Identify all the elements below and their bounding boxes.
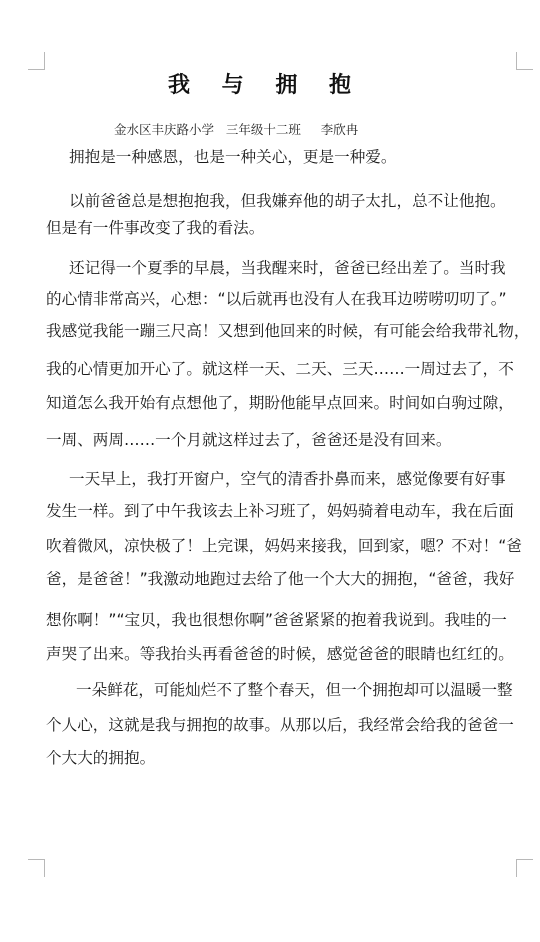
essay-text-line: 我感觉我能一蹦三尺高！又想到他回来的时候，有可能会给我带礼物， bbox=[46, 321, 529, 341]
essay-text-line: 知道怎么我开始有点想他了，期盼他能早点回来。时间如白驹过隙， bbox=[46, 393, 514, 413]
essay-title: 我 与 拥 抱 bbox=[168, 72, 318, 100]
document-page: 我 与 拥 抱 金水区丰庆路小学 三年级十二班 李欣冉 拥抱是一种感恩，也是一种… bbox=[0, 0, 540, 942]
essay-text-line: 一朵鲜花，可能灿烂不了整个春天，但一个拥抱却可以温暖一整 bbox=[76, 680, 513, 700]
essay-text-line: 一周、两周……一个月就这样过去了，爸爸还是没有回来。 bbox=[46, 430, 451, 450]
essay-text-line: 以前爸爸总是想抱抱我，但我嫌弃他的胡子太扎，总不让他抱。 bbox=[69, 191, 506, 211]
essay-text-line: 我的心情更加开心了。就这样一天、二天、三天……一周过去了，不 bbox=[46, 359, 514, 379]
essay-text-line: 还记得一个夏季的早晨，当我醒来时，爸爸已经出差了。当时我 bbox=[69, 258, 506, 278]
essay-text-line: 的心情非常高兴，心想：“以后就再也没有人在我耳边唠唠叨叨了。” bbox=[46, 289, 507, 309]
essay-text-line: 个人心，这就是我与拥抱的故事。从那以后，我经常会给我的爸爸一 bbox=[46, 715, 514, 735]
margin-corner-mark-bottom-left bbox=[28, 859, 45, 877]
essay-text-line: 声哭了出来。等我抬头再看爸爸的时候，感觉爸爸的眼睛也红红的。 bbox=[46, 644, 514, 664]
essay-text-line: 发生一样。到了中午我该去上补习班了，妈妈骑着电动车，我在后面 bbox=[46, 501, 514, 521]
essay-text-line: 想你啊！”“宝贝，我也很想你啊”爸爸紧紧的抱着我说到。我哇的一 bbox=[46, 610, 507, 630]
essay-text-line: 拥抱是一种感恩，也是一种关心，更是一种爱。 bbox=[69, 147, 396, 167]
essay-text-line: 爸，是爸爸！”我激动地跑过去给了他一个大大的拥抱，“爸爸，我好 bbox=[46, 569, 514, 589]
margin-corner-mark-top-left bbox=[28, 52, 45, 70]
author-byline: 金水区丰庆路小学 三年级十二班 李欣冉 bbox=[114, 121, 358, 138]
essay-text-line: 一天早上，我打开窗户，空气的清香扑鼻而来，感觉像要有好事 bbox=[69, 469, 506, 489]
essay-text-line: 吹着微风，凉快极了！上完课，妈妈来接我，回到家，嗯？不对！“爸 bbox=[46, 536, 522, 556]
margin-corner-mark-top-right bbox=[516, 52, 533, 70]
essay-text-line: 个大大的拥抱。 bbox=[46, 748, 155, 768]
essay-text-line: 但是有一件事改变了我的看法。 bbox=[46, 218, 264, 238]
margin-corner-mark-bottom-right bbox=[516, 859, 533, 877]
